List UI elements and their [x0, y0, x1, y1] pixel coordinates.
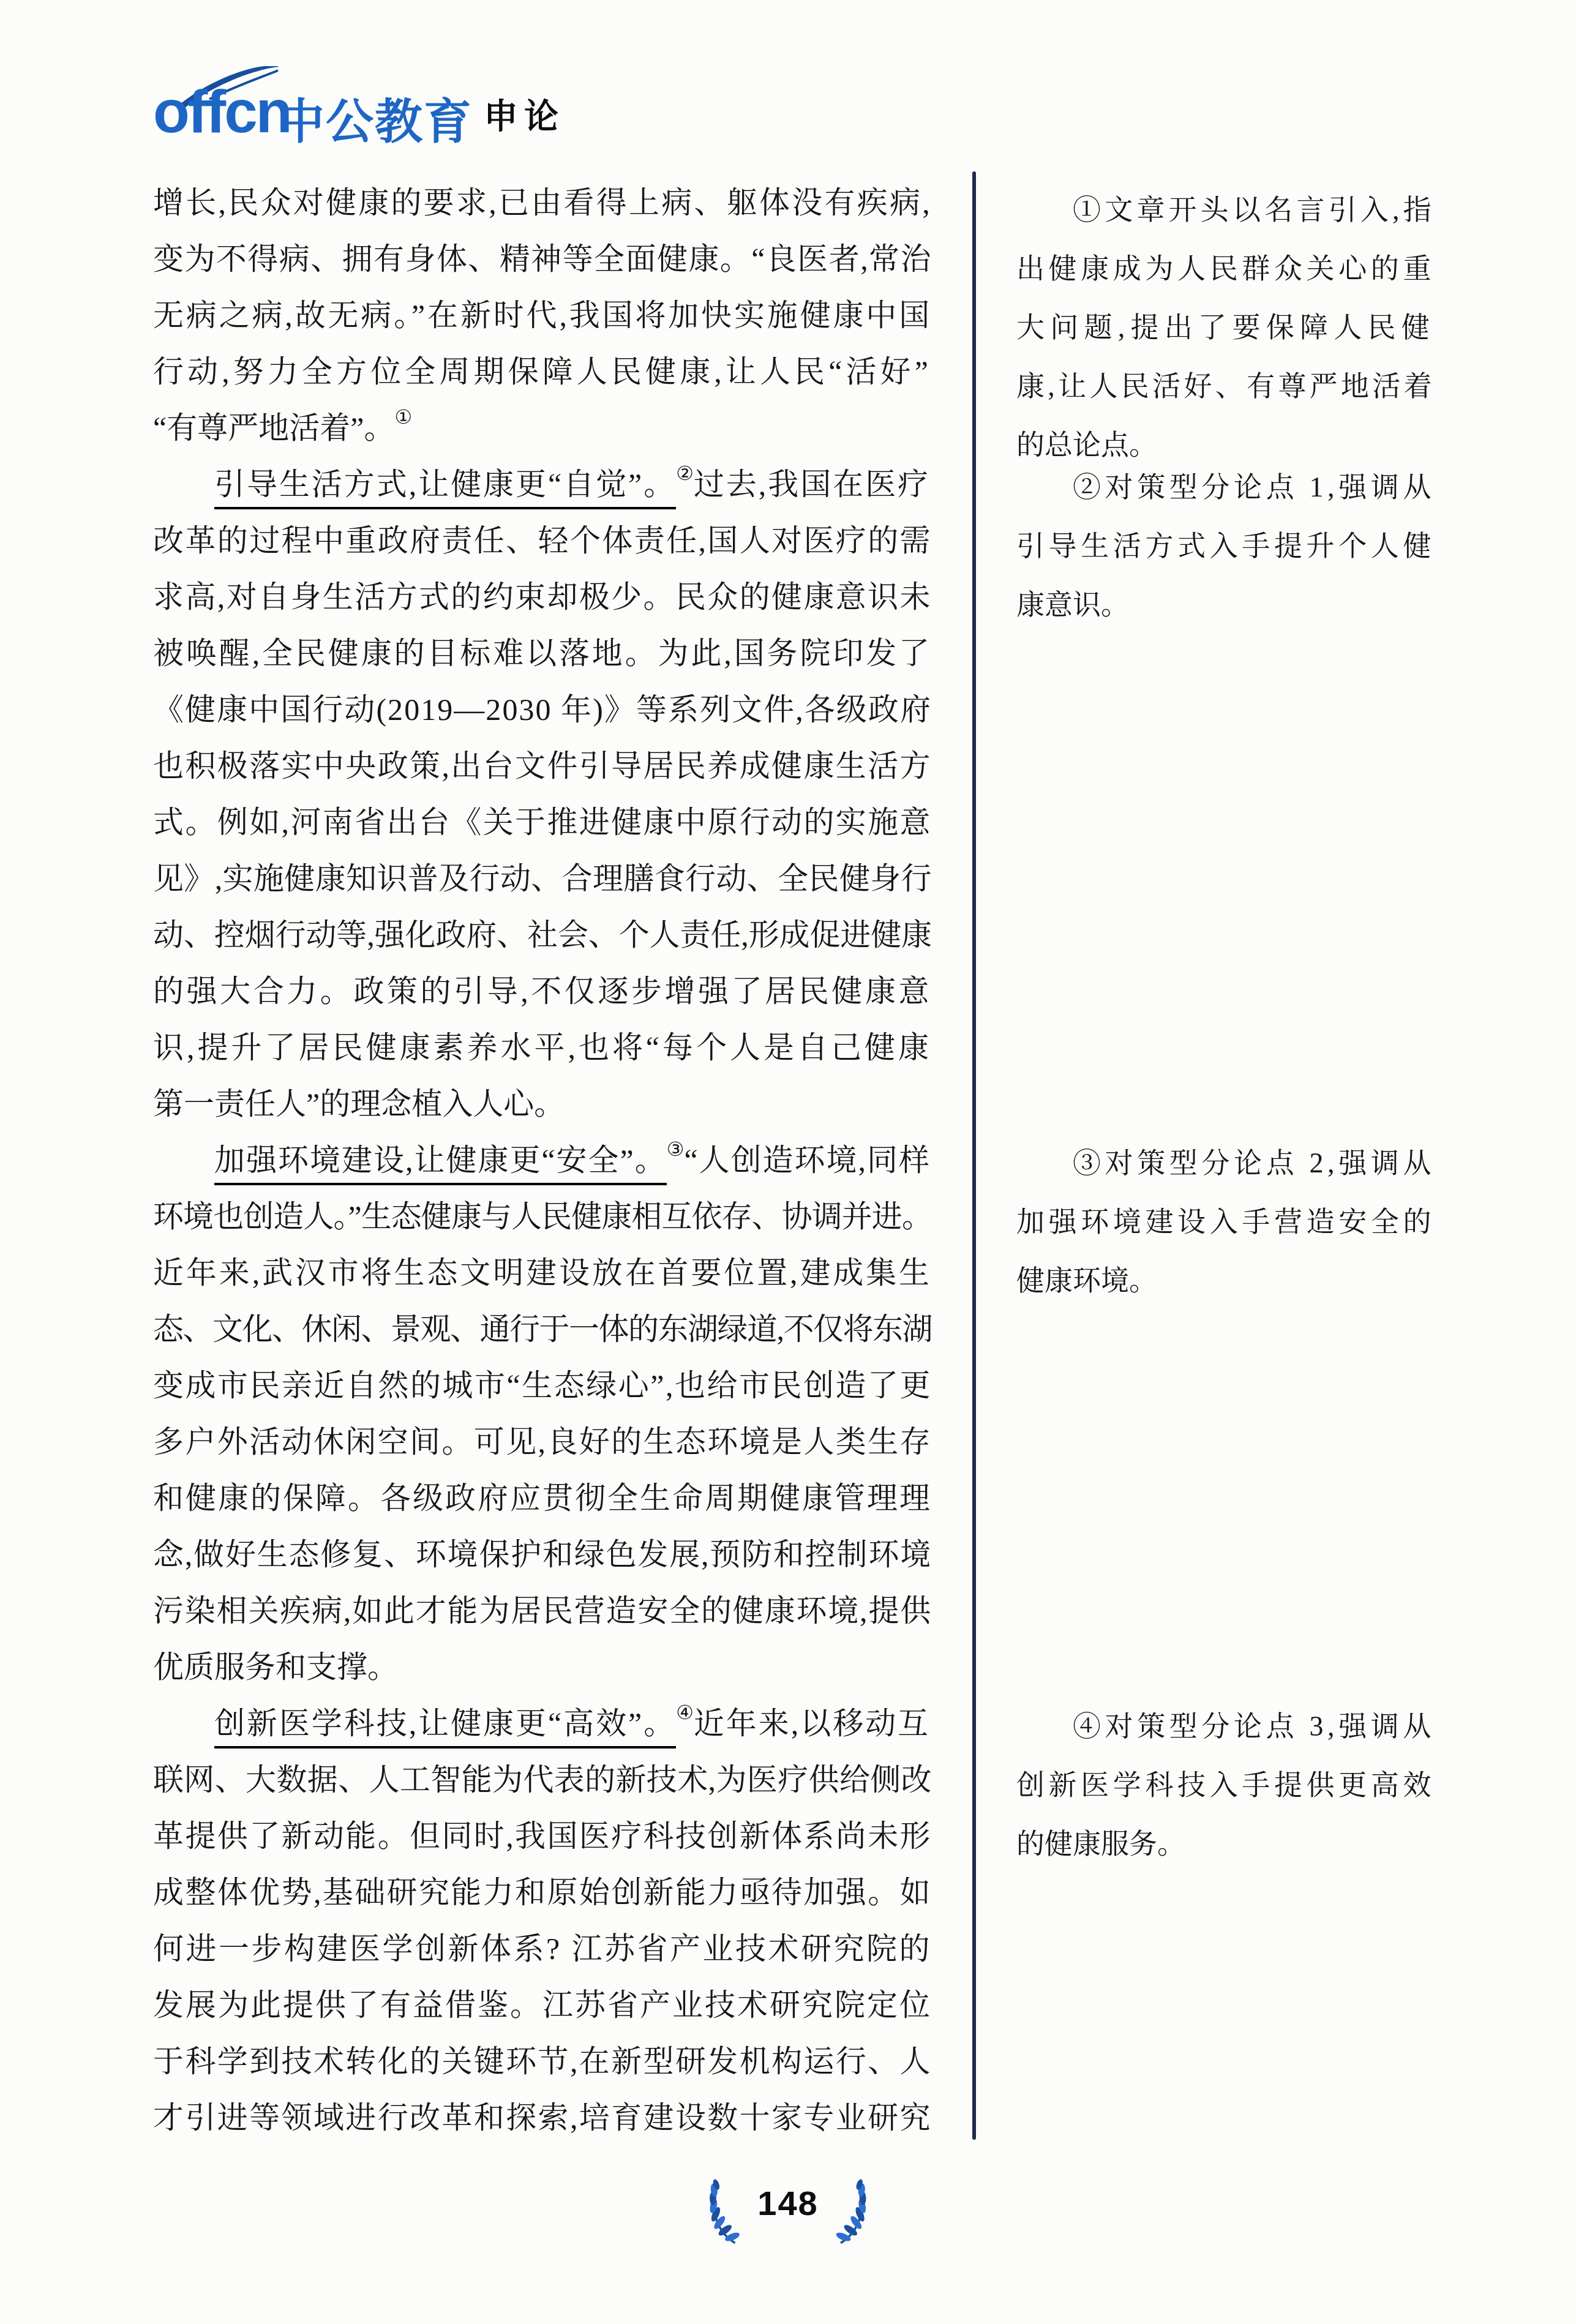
line-content: 引导生活方式,让健康更“自觉”。②过去,我国在医疗 — [214, 456, 930, 516]
line-content: 健康环境。 — [1016, 1251, 1157, 1310]
text-line: 念,做好生态修复、环境保护和绿色发展,预防和控制环境 — [153, 1526, 932, 1583]
line-content: 成整体优势,基础研究能力和原始创新能力亟待加强。如 — [153, 1864, 932, 1921]
text-line: 的强大合力。政策的引导,不仅逐步增强了居民健康意 — [153, 963, 932, 1019]
line-content: 近年来,武汉市将生态文明建设放在首要位置,建成集生 — [153, 1245, 932, 1301]
text-line: 多户外活动休闲空间。可见,良好的生态环境是人类生存 — [153, 1414, 932, 1470]
line-content: 污染相关疾病,如此才能为居民营造安全的健康环境,提供 — [153, 1583, 932, 1639]
text-run: 过去,我国在医疗 — [694, 467, 930, 501]
page-header: offcn 中公教育 申论 — [0, 0, 1576, 159]
margin-note: ③对策型分论点 2,强调从加强环境建设入手营造安全的健康环境。 — [1016, 1134, 1435, 1310]
text-line: 联网、大数据、人工智能为代表的新技术,为医疗供给侧改 — [153, 1752, 932, 1808]
line-content: 大问题,提出了要保障人民健 — [1016, 298, 1435, 357]
article-text: 增长,民众对健康的要求,已由看得上病、躯体没有疾病,变为不得病、拥有身体、精神等… — [153, 174, 932, 2146]
text-run: 变为不得病、拥有身体、精神等全面健康。“良医者,常治 — [153, 242, 932, 276]
text-line: 加强环境建设,让健康更“安全”。③“人创造环境,同样 — [153, 1132, 932, 1188]
margin-note-line: 的健康服务。 — [1016, 1815, 1435, 1873]
text-run: 出健康成为人民群众关心的重 — [1016, 253, 1435, 284]
text-run: 改革的过程中重政府责任、轻个体责任,国人对医疗的需 — [153, 523, 932, 558]
margin-note-line: ①文章开头以名言引入,指 — [1016, 181, 1435, 239]
text-line: 引导生活方式,让健康更“自觉”。②过去,我国在医疗 — [153, 456, 932, 512]
text-run: 于科学到技术转化的关键环节,在新型研发机构运行、人 — [153, 2044, 932, 2078]
line-content: 优质服务和支撑。 — [153, 1639, 398, 1695]
text-line: 变成市民亲近自然的城市“生态绿心”,也给市民创造了更 — [153, 1357, 932, 1414]
line-content: 引导生活方式入手提升个人健 — [1016, 517, 1435, 575]
line-content: 创新医学科技入手提供更高效 — [1016, 1756, 1435, 1815]
text-line: 和健康的保障。各级政府应贯彻全生命周期健康管理理 — [153, 1470, 932, 1526]
text-line: 增长,民众对健康的要求,已由看得上病、躯体没有疾病, — [153, 174, 932, 231]
page-number-block: 148 — [697, 2177, 878, 2249]
text-line: 《健康中国行动(2019—2030 年)》等系列文件,各级政府 — [153, 681, 932, 738]
text-line: “有尊严地活着”。① — [153, 400, 932, 456]
margin-note: ①文章开头以名言引入,指出健康成为人民群众关心的重大问题,提出了要保障人民健康,… — [1016, 181, 1435, 474]
text-line: 于科学到技术转化的关键环节,在新型研发机构运行、人 — [153, 2033, 932, 2090]
text-line: 被唤醒,全民健康的目标难以落地。为此,国务院印发了 — [153, 625, 932, 681]
book-page: offcn 中公教育 申论 增长,民众对健康的要求,已由看得上病、躯体没有疾病,… — [0, 0, 1576, 2324]
page-footer: 148 — [0, 2177, 1576, 2263]
text-line: 革提供了新动能。但同时,我国医疗科技创新体系尚未形 — [153, 1808, 932, 1864]
line-content: 革提供了新动能。但同时,我国医疗科技创新体系尚未形 — [153, 1808, 932, 1864]
text-run: 增长,民众对健康的要求,已由看得上病、躯体没有疾病, — [153, 186, 932, 220]
text-run: 创新医学科技入手提供更高效 — [1016, 1769, 1435, 1801]
line-content: 的强大合力。政策的引导,不仅逐步增强了居民健康意 — [153, 963, 932, 1019]
line-content: ②对策型分论点 1,强调从 — [1073, 458, 1435, 517]
text-line: 改革的过程中重政府责任、轻个体责任,国人对医疗的需 — [153, 512, 932, 569]
line-content: 于科学到技术转化的关键环节,在新型研发机构运行、人 — [153, 2033, 932, 2090]
line-content: 环境也创造人。”生态健康与人民健康相互依存、协调并进。 — [153, 1188, 932, 1245]
text-run: 也积极落实中央政策,出台文件引导居民养成健康生活方 — [153, 749, 932, 783]
text-run: 多户外活动休闲空间。可见,良好的生态环境是人类生存 — [153, 1425, 932, 1459]
margin-note-line: ③对策型分论点 2,强调从 — [1016, 1134, 1435, 1193]
text-line: 无病之病,故无病。”在新时代,我国将加快实施健康中国 — [153, 287, 932, 343]
line-content: 发展为此提供了有益借鉴。江苏省产业技术研究院定位 — [153, 1977, 932, 2033]
text-line: 污染相关疾病,如此才能为居民营造安全的健康环境,提供 — [153, 1583, 932, 1639]
text-run: 引导生活方式入手提升个人健 — [1016, 530, 1435, 561]
subject-label: 申论 — [484, 98, 565, 135]
column-divider — [972, 171, 976, 2140]
text-run: 态、文化、休闲、景观、通行于一体的东湖绿道,不仅将东湖 — [153, 1312, 932, 1346]
line-content: 变为不得病、拥有身体、精神等全面健康。“良医者,常治 — [153, 231, 932, 287]
text-run: 何进一步构建医学创新体系? 江苏省产业技术研究院的 — [153, 1932, 932, 1966]
laurel-right-icon — [835, 2177, 879, 2249]
text-run: 的强大合力。政策的引导,不仅逐步增强了居民健康意 — [153, 974, 932, 1008]
text-run: 求高,对自身生活方式的约束却极少。民众的健康意识未 — [153, 580, 932, 614]
margin-note-line: 康,让人民活好、有尊严地活着 — [1016, 357, 1435, 416]
margin-note-line: 创新医学科技入手提供更高效 — [1016, 1756, 1435, 1815]
footnote-ref: ① — [394, 406, 412, 428]
line-content: 行动,努力全方位全周期保障人民健康,让人民“活好” — [153, 343, 932, 400]
text-line: 态、文化、休闲、景观、通行于一体的东湖绿道,不仅将东湖 — [153, 1301, 932, 1357]
text-run: ③对策型分论点 2,强调从 — [1073, 1147, 1435, 1179]
line-content: 加强环境建设,让健康更“安全”。③“人创造环境,同样 — [214, 1132, 931, 1192]
margin-note-line: 出健康成为人民群众关心的重 — [1016, 239, 1435, 298]
text-run: 被唤醒,全民健康的目标难以落地。为此,国务院印发了 — [153, 636, 932, 670]
text-run: 发展为此提供了有益借鉴。江苏省产业技术研究院定位 — [153, 1988, 932, 2022]
text-run: 动、控烟行动等,强化政府、社会、个人责任,形成促进健康 — [153, 918, 932, 952]
laurel-left-icon — [697, 2177, 741, 2249]
line-content: 无病之病,故无病。”在新时代,我国将加快实施健康中国 — [153, 287, 932, 343]
margin-note-line: 引导生活方式入手提升个人健 — [1016, 517, 1435, 575]
text-run: 环境也创造人。”生态健康与人民健康相互依存、协调并进。 — [153, 1199, 932, 1234]
text-run: ④对策型分论点 3,强调从 — [1073, 1711, 1435, 1742]
line-content: 才引进等领域进行改革和探索,培育建设数十家专业研究 — [153, 2090, 932, 2146]
text-run: 近年来,以移动互 — [694, 1706, 930, 1741]
text-run: 污染相关疾病,如此才能为居民营造安全的健康环境,提供 — [153, 1594, 932, 1628]
text-line: 见》,实施健康知识普及行动、合理膳食行动、全民健身行 — [153, 850, 932, 907]
text-run: 优质服务和支撑。 — [153, 1650, 398, 1684]
line-content: 的健康服务。 — [1016, 1815, 1185, 1873]
text-run: 成整体优势,基础研究能力和原始创新能力亟待加强。如 — [153, 1875, 932, 1910]
text-run: 无病之病,故无病。”在新时代,我国将加快实施健康中国 — [153, 298, 932, 332]
line-content: 《健康中国行动(2019—2030 年)》等系列文件,各级政府 — [153, 681, 932, 738]
line-content: ①文章开头以名言引入,指 — [1073, 181, 1435, 239]
footnote-ref: ② — [676, 462, 694, 484]
line-content: 念,做好生态修复、环境保护和绿色发展,预防和控制环境 — [153, 1526, 932, 1583]
text-run: “有尊严地活着”。 — [153, 411, 394, 445]
line-content: 联网、大数据、人工智能为代表的新技术,为医疗供给侧改 — [153, 1752, 932, 1808]
line-content: 识,提升了居民健康素养水平,也将“每个人是自己健康 — [153, 1019, 932, 1076]
text-line: 也积极落实中央政策,出台文件引导居民养成健康生活方 — [153, 738, 932, 794]
text-run: 念,做好生态修复、环境保护和绿色发展,预防和控制环境 — [153, 1537, 932, 1572]
text-run: ①文章开头以名言引入,指 — [1073, 194, 1435, 225]
line-content: 改革的过程中重政府责任、轻个体责任,国人对医疗的需 — [153, 512, 932, 569]
margin-note-line: 大问题,提出了要保障人民健 — [1016, 298, 1435, 357]
text-run: 康意识。 — [1016, 589, 1129, 620]
line-content: 态、文化、休闲、景观、通行于一体的东湖绿道,不仅将东湖 — [153, 1301, 932, 1357]
logo-wordmark: offcn — [153, 81, 291, 142]
text-line: 求高,对自身生活方式的约束却极少。民众的健康意识未 — [153, 569, 932, 625]
text-line: 发展为此提供了有益借鉴。江苏省产业技术研究院定位 — [153, 1977, 932, 2033]
text-run: “人创造环境,同样 — [684, 1143, 931, 1177]
line-content: 见》,实施健康知识普及行动、合理膳食行动、全民健身行 — [153, 850, 932, 907]
line-content: 变成市民亲近自然的城市“生态绿心”,也给市民创造了更 — [153, 1357, 932, 1414]
text-line: 创新医学科技,让健康更“高效”。④近年来,以移动互 — [153, 1695, 932, 1752]
line-content: 动、控烟行动等,强化政府、社会、个人责任,形成促进健康 — [153, 907, 932, 963]
line-content: 增长,民众对健康的要求,已由看得上病、躯体没有疾病, — [153, 174, 932, 231]
text-run: 革提供了新动能。但同时,我国医疗科技创新体系尚未形 — [153, 1819, 932, 1853]
text-run: 健康环境。 — [1016, 1265, 1157, 1296]
margin-note-line: 康意识。 — [1016, 575, 1435, 634]
line-content: 被唤醒,全民健康的目标难以落地。为此,国务院印发了 — [153, 625, 932, 681]
text-run: 加强环境建设入手营造安全的 — [1016, 1206, 1435, 1237]
text-run: 和健康的保障。各级政府应贯彻全生命周期健康管理理 — [153, 1481, 932, 1515]
page-number: 148 — [757, 2183, 818, 2244]
text-line: 成整体优势,基础研究能力和原始创新能力亟待加强。如 — [153, 1864, 932, 1921]
text-line: 行动,努力全方位全周期保障人民健康,让人民“活好” — [153, 343, 932, 400]
section-heading-underlined: 创新医学科技,让健康更“高效”。 — [214, 1706, 676, 1749]
text-run: 大问题,提出了要保障人民健 — [1016, 312, 1435, 343]
line-content: 康意识。 — [1016, 575, 1129, 634]
text-run: 第一责任人”的理念植入人心。 — [153, 1087, 565, 1121]
margin-note-line: ④对策型分论点 3,强调从 — [1016, 1697, 1435, 1756]
text-run: 式。例如,河南省出台《关于推进健康中原行动的实施意 — [153, 805, 932, 839]
text-run: 的总论点。 — [1016, 429, 1157, 460]
line-content: 创新医学科技,让健康更“高效”。④近年来,以移动互 — [214, 1695, 930, 1755]
section-heading-underlined: 引导生活方式,让健康更“自觉”。 — [214, 467, 676, 509]
line-content: “有尊严地活着”。① — [153, 400, 412, 460]
text-line: 第一责任人”的理念植入人心。 — [153, 1076, 932, 1132]
line-content: ④对策型分论点 3,强调从 — [1073, 1697, 1435, 1756]
text-line: 变为不得病、拥有身体、精神等全面健康。“良医者,常治 — [153, 231, 932, 287]
text-run: 《健康中国行动(2019—2030 年)》等系列文件,各级政府 — [153, 692, 932, 727]
text-run: 才引进等领域进行改革和探索,培育建设数十家专业研究 — [153, 2101, 932, 2135]
text-line: 何进一步构建医学创新体系? 江苏省产业技术研究院的 — [153, 1921, 932, 1977]
logo-brand-name: 中公教育 — [277, 97, 473, 147]
line-content: 第一责任人”的理念植入人心。 — [153, 1076, 565, 1132]
text-run: 联网、大数据、人工智能为代表的新技术,为医疗供给侧改 — [153, 1763, 932, 1797]
text-run: 变成市民亲近自然的城市“生态绿心”,也给市民创造了更 — [153, 1368, 932, 1403]
text-run: 识,提升了居民健康素养水平,也将“每个人是自己健康 — [153, 1030, 932, 1065]
text-line: 动、控烟行动等,强化政府、社会、个人责任,形成促进健康 — [153, 907, 932, 963]
line-content: ③对策型分论点 2,强调从 — [1073, 1134, 1435, 1193]
margin-note: ②对策型分论点 1,强调从引导生活方式入手提升个人健康意识。 — [1016, 458, 1435, 634]
text-run: 行动,努力全方位全周期保障人民健康,让人民“活好” — [153, 354, 932, 389]
margin-note-line: 健康环境。 — [1016, 1251, 1435, 1310]
text-line: 环境也创造人。”生态健康与人民健康相互依存、协调并进。 — [153, 1188, 932, 1245]
margin-note: ④对策型分论点 3,强调从创新医学科技入手提供更高效的健康服务。 — [1016, 1697, 1435, 1873]
line-content: 和健康的保障。各级政府应贯彻全生命周期健康管理理 — [153, 1470, 932, 1526]
line-content: 也积极落实中央政策,出台文件引导居民养成健康生活方 — [153, 738, 932, 794]
text-run: 康,让人民活好、有尊严地活着 — [1016, 370, 1435, 402]
text-line: 近年来,武汉市将生态文明建设放在首要位置,建成集生 — [153, 1245, 932, 1301]
text-line: 式。例如,河南省出台《关于推进健康中原行动的实施意 — [153, 794, 932, 850]
text-run: 近年来,武汉市将生态文明建设放在首要位置,建成集生 — [153, 1256, 932, 1290]
line-content: 求高,对自身生活方式的约束却极少。民众的健康意识未 — [153, 569, 932, 625]
line-content: 出健康成为人民群众关心的重 — [1016, 239, 1435, 298]
footnote-ref: ④ — [676, 1701, 694, 1723]
section-heading-underlined: 加强环境建设,让健康更“安全”。 — [214, 1143, 667, 1185]
line-content: 式。例如,河南省出台《关于推进健康中原行动的实施意 — [153, 794, 932, 850]
text-run: 见》,实施健康知识普及行动、合理膳食行动、全民健身行 — [153, 861, 932, 896]
text-line: 识,提升了居民健康素养水平,也将“每个人是自己健康 — [153, 1019, 932, 1076]
line-content: 加强环境建设入手营造安全的 — [1016, 1193, 1435, 1251]
margin-note-line: ②对策型分论点 1,强调从 — [1016, 458, 1435, 517]
line-content: 多户外活动休闲空间。可见,良好的生态环境是人类生存 — [153, 1414, 932, 1470]
text-run: 的健康服务。 — [1016, 1828, 1185, 1859]
margin-note-line: 加强环境建设入手营造安全的 — [1016, 1193, 1435, 1251]
line-content: 康,让人民活好、有尊严地活着 — [1016, 357, 1435, 416]
footnote-ref: ③ — [667, 1138, 685, 1160]
line-content: 何进一步构建医学创新体系? 江苏省产业技术研究院的 — [153, 1921, 932, 1977]
text-run: ②对策型分论点 1,强调从 — [1073, 471, 1435, 503]
text-line: 才引进等领域进行改革和探索,培育建设数十家专业研究 — [153, 2090, 932, 2146]
text-line: 优质服务和支撑。 — [153, 1639, 932, 1695]
